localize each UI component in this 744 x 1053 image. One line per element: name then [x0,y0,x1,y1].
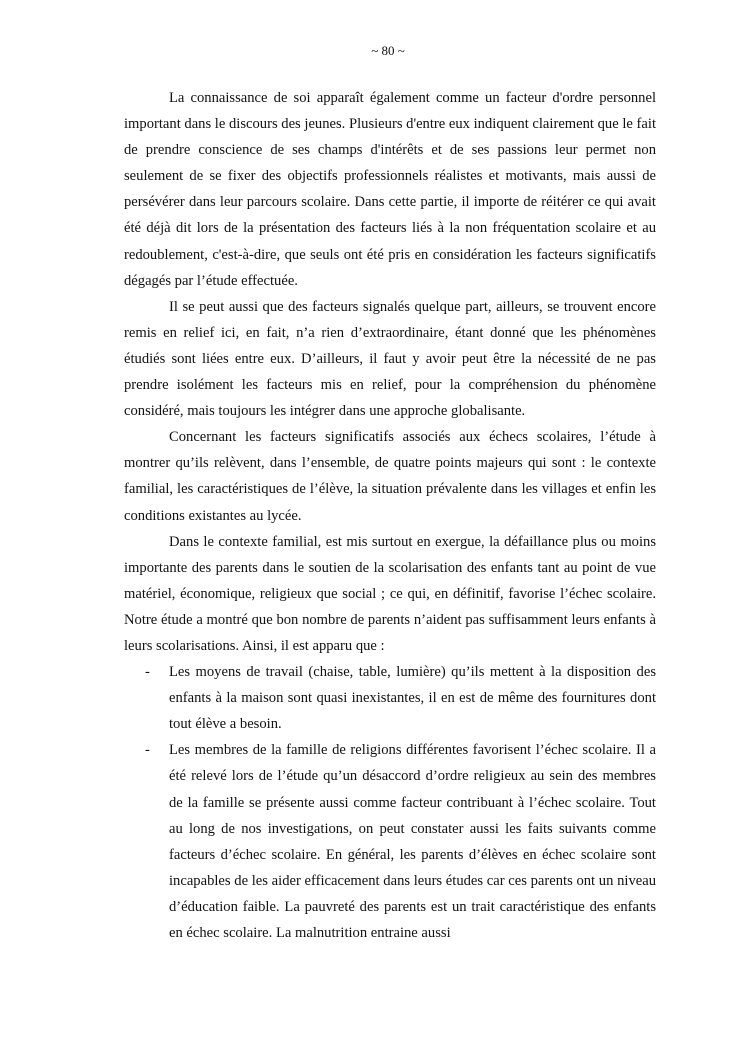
list-dash-marker: - [145,659,150,685]
list-item: - Les membres de la famille de religions… [124,737,656,946]
paragraph-interrelated-factors: Il se peut aussi que des facteurs signal… [124,294,656,424]
list-item-text: Les membres de la famille de religions d… [169,742,656,941]
page-number: ~ 80 ~ [0,43,744,59]
list-item: - Les moyens de travail (chaise, table, … [124,659,656,737]
paragraph-family-context: Dans le contexte familial, est mis surto… [124,529,656,659]
list-dash-marker: - [145,737,150,763]
paragraph-significant-factors: Concernant les facteurs significatifs as… [124,424,656,528]
list-item-text: Les moyens de travail (chaise, table, lu… [169,664,656,732]
document-body: La connaissance de soi apparaît égalemen… [124,85,656,946]
family-factors-list: - Les moyens de travail (chaise, table, … [124,659,656,946]
paragraph-self-knowledge: La connaissance de soi apparaît égalemen… [124,85,656,294]
